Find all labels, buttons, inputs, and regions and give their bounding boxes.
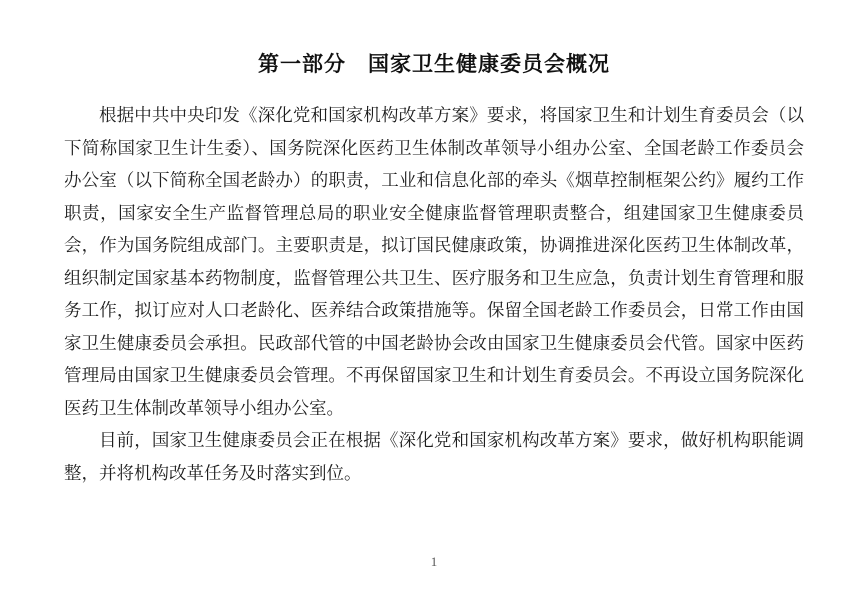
paragraph: 根据中共中央印发《深化党和国家机构改革方案》要求，将国家卫生和计划生育委员会（以… <box>64 99 804 424</box>
page-number: 1 <box>431 554 438 569</box>
page-title: 第一部分 国家卫生健康委员会概况 <box>64 50 804 80</box>
page-footer: 1 <box>0 553 868 571</box>
document-page: 第一部分 国家卫生健康委员会概况 根据中共中央印发《深化党和国家机构改革方案》要… <box>0 0 868 608</box>
paragraph: 目前，国家卫生健康委员会正在根据《深化党和国家机构改革方案》要求，做好机构职能调… <box>64 424 804 489</box>
document-content: 第一部分 国家卫生健康委员会概况 根据中共中央印发《深化党和国家机构改革方案》要… <box>0 0 868 489</box>
